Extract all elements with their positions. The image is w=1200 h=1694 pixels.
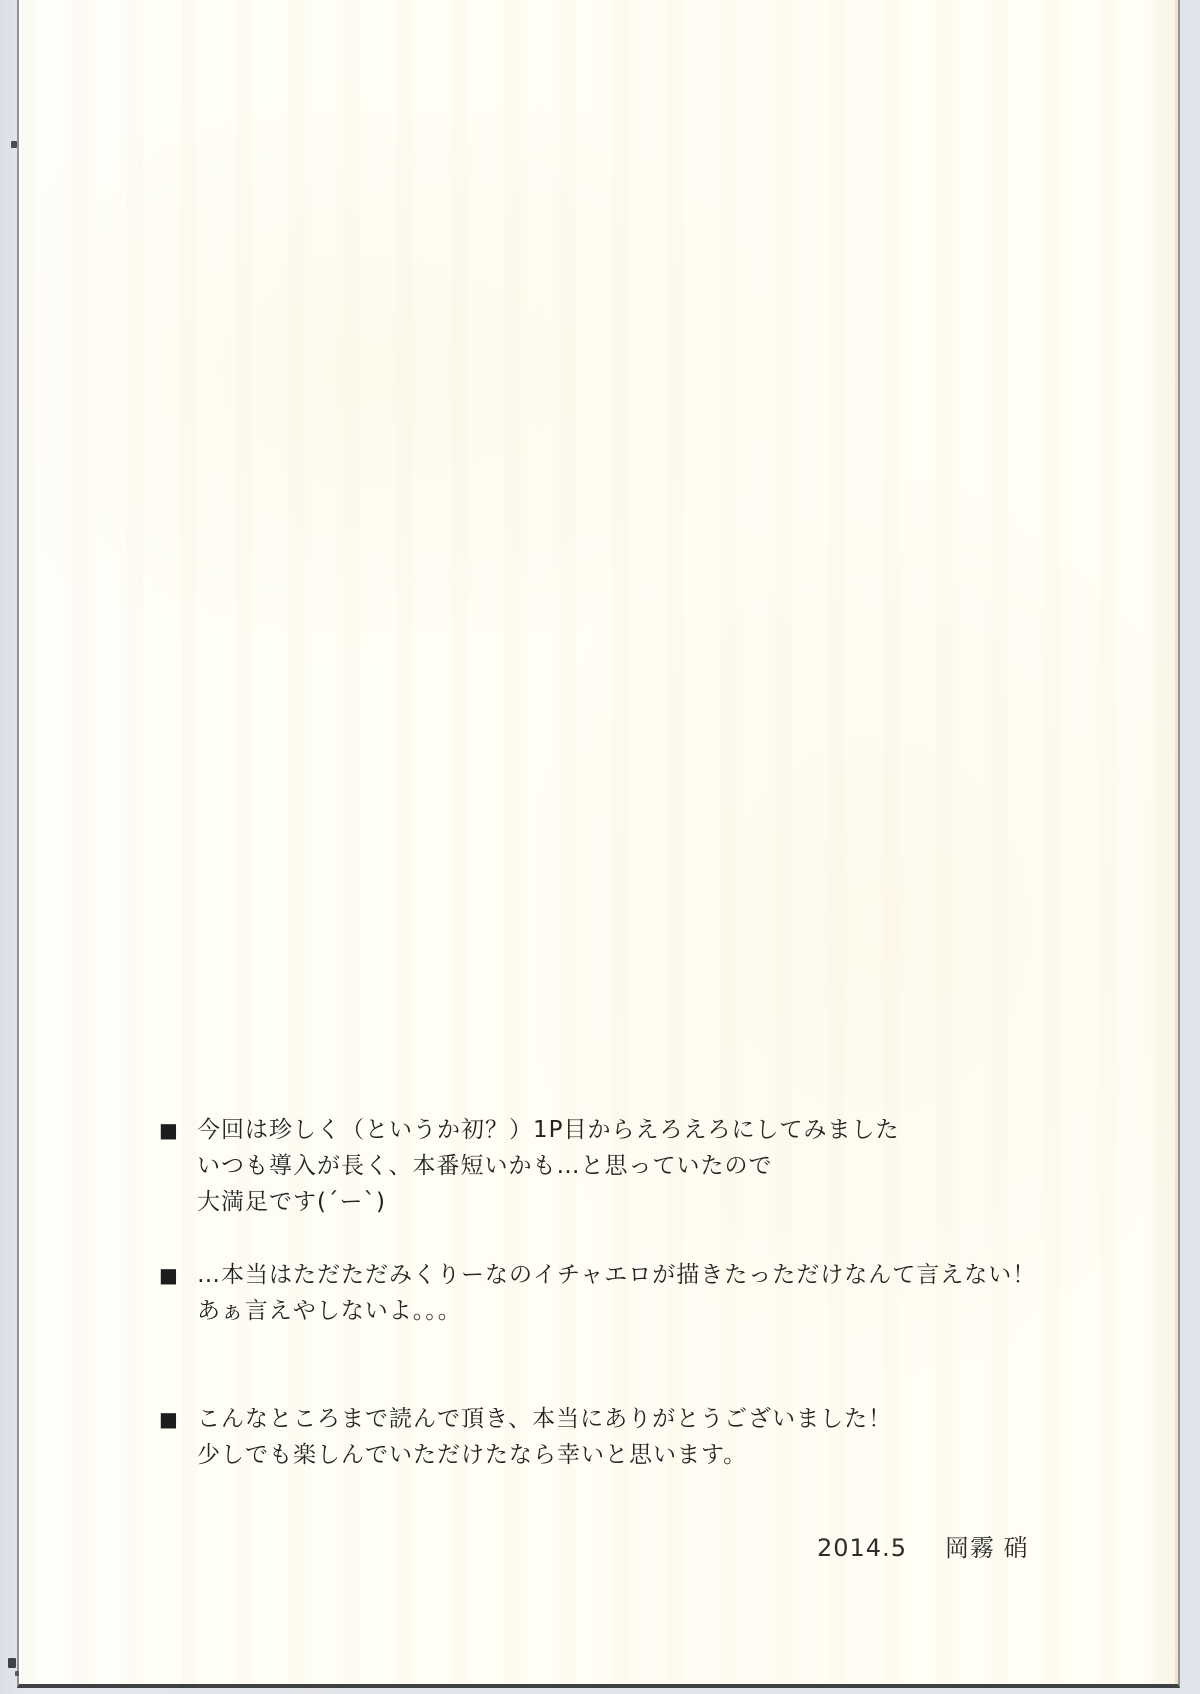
note-line: …本当はただただみくりーなのイチャエロが描きたっただけなんて言えない！ [197,1257,1036,1293]
scan-speck [11,141,17,148]
afterword-note-3: ■ こんなところまで読んで頂き、本当にありがとうございました！ 少しでも楽しんで… [159,1401,892,1473]
afterword-note-1: ■ 今回は珍しく（というか初？）1P目からえろえろにしてみました いつも導入が長… [159,1112,900,1220]
note-line: いつも導入が長く、本番短いかも…と思っていたので [197,1148,900,1184]
note-2-lines: …本当はただただみくりーなのイチャエロが描きたっただけなんて言えない！ あぁ言え… [197,1257,1036,1329]
note-line: こんなところまで読んで頂き、本当にありがとうございました！ [197,1401,892,1437]
note-line: 今回は珍しく（というか初？）1P目からえろえろにしてみました [197,1112,900,1148]
scanned-page: ■ 今回は珍しく（というか初？）1P目からえろえろにしてみました いつも導入が長… [0,0,1200,1694]
note-3-lines: こんなところまで読んで頂き、本当にありがとうございました！ 少しでも楽しんでいた… [197,1401,892,1473]
square-bullet-icon: ■ [159,1401,197,1473]
square-bullet-icon: ■ [159,1257,197,1329]
scan-speck [15,1671,19,1676]
signature-author: 岡霧 硝 [945,1534,1029,1562]
paper-page: ■ 今回は珍しく（というか初？）1P目からえろえろにしてみました いつも導入が長… [17,0,1180,1688]
note-line: 少しでも楽しんでいただけたなら幸いと思います。 [197,1437,892,1473]
note-1-lines: 今回は珍しく（というか初？）1P目からえろえろにしてみました いつも導入が長く、… [197,1112,900,1220]
note-line: あぁ言えやしないよ。。。 [197,1293,1036,1329]
signature-line: 2014.5岡霧 硝 [817,1534,1029,1562]
scan-speck [8,1658,16,1668]
note-line: 大満足です(´ー`) [197,1184,900,1220]
signature-date: 2014.5 [817,1534,907,1562]
square-bullet-icon: ■ [159,1112,197,1220]
afterword-note-2: ■ …本当はただただみくりーなのイチャエロが描きたっただけなんて言えない！ あぁ… [159,1257,1036,1329]
